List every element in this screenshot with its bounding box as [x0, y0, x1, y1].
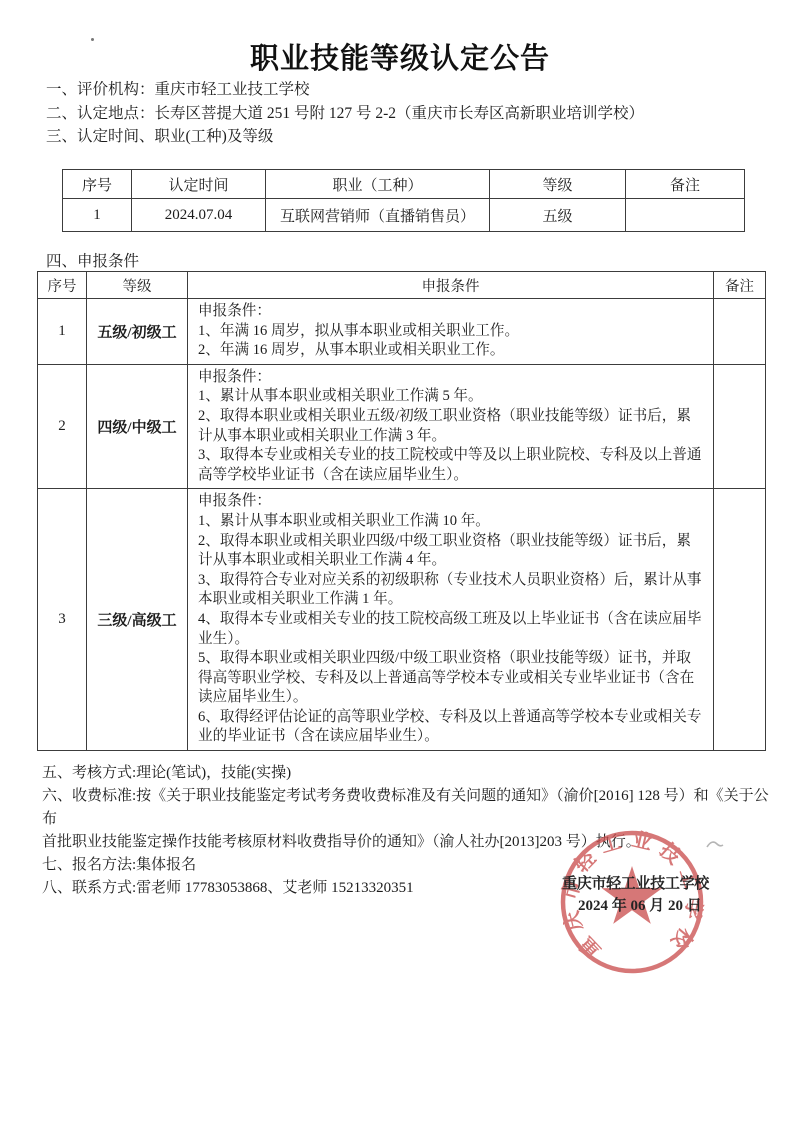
signature-date: 2024 年 06 月 20 日 — [578, 894, 728, 915]
col-header-date: 认定时间 — [132, 170, 266, 199]
scan-artifact-squiggle — [705, 838, 725, 852]
schedule-table: 序号 认定时间 职业（工种） 等级 备注 1 2024.07.04 互联网营销师… — [62, 169, 745, 232]
cell-note — [714, 489, 766, 751]
col-header-no: 序号 — [63, 170, 132, 199]
cell-conditions: 申报条件： 1、累计从事本职业或相关职业工作满 10 年。 2、取得本职业或相关… — [188, 489, 714, 751]
conditions-header-row: 序号 等级 申报条件 备注 — [38, 272, 766, 299]
col-header-conditions: 申报条件 — [188, 272, 714, 299]
cell-level: 三级/高级工 — [87, 489, 188, 751]
col-header-note: 备注 — [714, 272, 766, 299]
cell-level: 五级/初级工 — [87, 299, 188, 365]
scan-artifact-dot — [91, 38, 94, 41]
conditions-table: 序号 等级 申报条件 备注 1 五级/初级工 申报条件： 1、年满 16 周岁，… — [37, 271, 766, 751]
col-header-no: 序号 — [38, 272, 87, 299]
table-row: 1 五级/初级工 申报条件： 1、年满 16 周岁，拟从事本职业或相关职业工作。… — [38, 299, 766, 365]
cell-note — [626, 199, 745, 232]
cell-no: 1 — [38, 299, 87, 365]
conditions-heading: 四、申报条件 — [46, 249, 139, 271]
cell-note — [714, 364, 766, 489]
cell-no: 1 — [63, 199, 132, 232]
cell-no: 2 — [38, 364, 87, 489]
intro-items: 一、评价机构：重庆市轻工业技工学校 二、认定地点：长寿区菩提大道 251 号附 … — [46, 78, 776, 149]
col-header-occupation: 职业（工种） — [266, 170, 490, 199]
schedule-header-row: 序号 认定时间 职业（工种） 等级 备注 — [63, 170, 745, 199]
cell-occupation: 互联网营销师（直播销售员） — [266, 199, 490, 232]
col-header-note: 备注 — [626, 170, 745, 199]
signature-org: 重庆市轻工业技工学校 — [562, 872, 732, 893]
cell-level: 五级 — [490, 199, 626, 232]
document-page: 职业技能等级认定公告 一、评价机构：重庆市轻工业技工学校 二、认定地点：长寿区菩… — [0, 0, 800, 1125]
table-row: 2 四级/中级工 申报条件： 1、累计从事本职业或相关职业工作满 5 年。 2、… — [38, 364, 766, 489]
cell-note — [714, 299, 766, 365]
cell-no: 3 — [38, 489, 87, 751]
cell-level: 四级/中级工 — [87, 364, 188, 489]
cell-date: 2024.07.04 — [132, 199, 266, 232]
col-header-level: 等级 — [87, 272, 188, 299]
table-row: 3 三级/高级工 申报条件： 1、累计从事本职业或相关职业工作满 10 年。 2… — [38, 489, 766, 751]
col-header-level: 等级 — [490, 170, 626, 199]
cell-conditions: 申报条件： 1、累计从事本职业或相关职业工作满 5 年。 2、取得本职业或相关职… — [188, 364, 714, 489]
page-title: 职业技能等级认定公告 — [0, 36, 800, 77]
cell-conditions: 申报条件： 1、年满 16 周岁，拟从事本职业或相关职业工作。 2、年满 16 … — [188, 299, 714, 365]
table-row: 1 2024.07.04 互联网营销师（直播销售员） 五级 — [63, 199, 745, 232]
